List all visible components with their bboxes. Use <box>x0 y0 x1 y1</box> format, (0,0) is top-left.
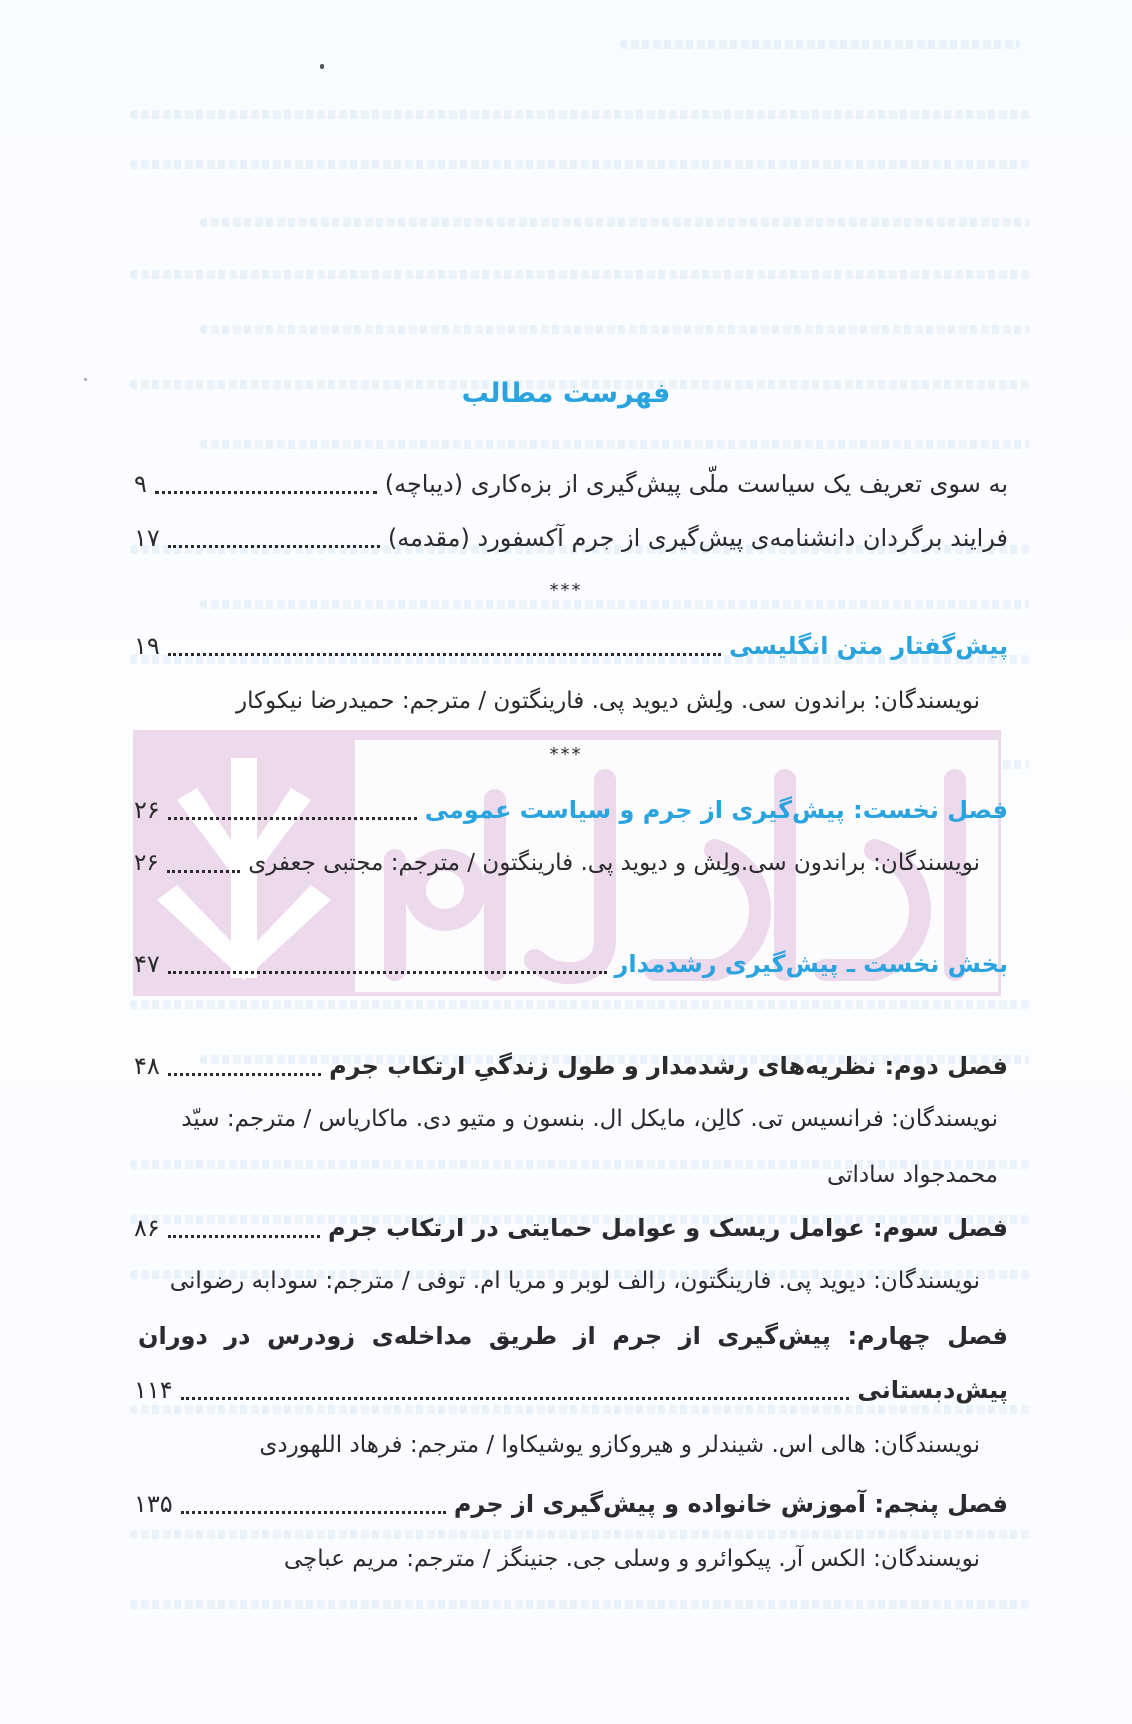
toc-entry-chapter-3[interactable]: فصل سوم: عوامل ریسک و عوامل حمایتی در ار… <box>134 1214 1008 1242</box>
page-number: ۸۶ <box>134 1214 160 1242</box>
entry-credit: نویسندگان: براندون سی. ولِش دیوید پی. فا… <box>236 688 980 714</box>
page-number: ۱۱۴ <box>134 1376 173 1404</box>
page-number: ۴۷ <box>134 950 160 978</box>
leader-dots <box>155 491 377 494</box>
leader-dots <box>168 1073 321 1076</box>
entry-label-wrap: فصل سوم: عوامل ریسک و عوامل حمایتی در ار… <box>328 1214 1008 1242</box>
entry-credit-continued: محمدجواد ساداتی <box>827 1162 998 1188</box>
entry-label: پیش‌گفتار متن انگلیسی <box>729 632 1008 660</box>
leader-dots <box>167 870 241 873</box>
chapter-prefix: فصل دوم: <box>884 1052 1008 1080</box>
toc-entry-chapter-2[interactable]: فصل دوم: نظریه‌های رشدمدار و طول زندگیِ … <box>134 1052 1008 1080</box>
chapter-prefix: فصل سوم: <box>873 1214 1008 1242</box>
credit-text: نویسندگان: براندون سی.ولِش و دیوید پی. ف… <box>248 850 980 876</box>
toc-entry-chapter-4-continued[interactable]: پیش‌دبستانی ۱۱۴ <box>134 1376 1008 1404</box>
page-number: ۴۸ <box>134 1052 160 1080</box>
entry-label-wrap: فصل نخست: پیش‌گیری از جرم و سیاست عمومی <box>425 796 1008 824</box>
leader-dots <box>168 653 721 656</box>
leader-dots <box>181 1397 850 1400</box>
section-separator: *** <box>0 744 1132 765</box>
toc-entry-chapter-4[interactable]: فصل چهارم: پیش‌گیری از جرم از طریق مداخل… <box>138 1322 1008 1350</box>
entry-label: پیش‌گیری از جرم از طریق مداخله‌ی زودرس د… <box>138 1322 831 1350</box>
chapter-prefix: فصل نخست: <box>853 796 1008 824</box>
entry-label-continued: پیش‌دبستانی <box>857 1376 1008 1404</box>
entry-label: آموزش خانواده و پیش‌گیری از جرم <box>454 1490 866 1518</box>
book-page: فهرست مطالب به سوی تعریف یک سیاست ملّی پ… <box>0 0 1132 1724</box>
entry-credit: نویسندگان: الکس آر. پیکوائرو و وسلی جی. … <box>284 1546 980 1572</box>
chapter-prefix: فصل چهارم: <box>847 1322 1008 1350</box>
toc-entry-english-foreword[interactable]: پیش‌گفتار متن انگلیسی ۱۹ <box>134 632 1008 660</box>
leader-dots <box>181 1511 446 1514</box>
toc-entry-part-1[interactable]: بخش نخست ـ پیش‌گیری رشدمدار ۴۷ <box>134 950 1008 978</box>
entry-label: عوامل ریسک و عوامل حمایتی در ارتکاب جرم <box>328 1214 865 1242</box>
leader-dots <box>168 971 607 974</box>
entry-label: پیش‌گیری از جرم و سیاست عمومی <box>425 796 845 824</box>
entry-label: فرایند برگردان دانشنامه‌ی پیش‌گیری از جر… <box>388 524 1008 552</box>
chapter-prefix: فصل پنجم: <box>874 1490 1008 1518</box>
entry-label-wrap: فصل پنجم: آموزش خانواده و پیش‌گیری از جر… <box>454 1490 1008 1518</box>
toc-entry-chapter-1[interactable]: فصل نخست: پیش‌گیری از جرم و سیاست عمومی … <box>134 796 1008 824</box>
credit-page-number: ۲۶ <box>134 850 159 876</box>
entry-credit: نویسندگان: براندون سی.ولِش و دیوید پی. ف… <box>134 850 980 876</box>
page-number: ۱۹ <box>134 632 160 660</box>
entry-credit: نویسندگان: فرانسیس تی. کالِن، مایکل ال. … <box>181 1106 998 1132</box>
leader-dots <box>168 545 380 548</box>
page-title: فهرست مطالب <box>0 378 1132 409</box>
entry-label: به سوی تعریف یک سیاست ملّی پیش‌گیری از ب… <box>385 470 1008 498</box>
entry-credit: نویسندگان: دیوید پی. فارینگتون، رالف لوب… <box>170 1268 980 1294</box>
entry-label: بخش نخست ـ پیش‌گیری رشدمدار <box>615 950 1008 978</box>
entry-credit: نویسندگان: هالی اس. شیندلر و هیروکازو یو… <box>259 1432 980 1458</box>
page-number: ۹ <box>134 470 147 498</box>
page-number: ۲۶ <box>134 796 160 824</box>
section-separator: *** <box>0 580 1132 601</box>
leader-dots <box>168 1235 320 1238</box>
toc-entry-introduction[interactable]: فرایند برگردان دانشنامه‌ی پیش‌گیری از جر… <box>134 524 1008 552</box>
toc-entry-chapter-5[interactable]: فصل پنجم: آموزش خانواده و پیش‌گیری از جر… <box>134 1490 1008 1518</box>
page-number: ۱۷ <box>134 524 160 552</box>
page-number: ۱۳۵ <box>134 1490 173 1518</box>
leader-dots <box>168 817 417 820</box>
toc-entry-preface[interactable]: به سوی تعریف یک سیاست ملّی پیش‌گیری از ب… <box>134 470 1008 498</box>
paper-speck <box>320 64 324 69</box>
entry-label: نظریه‌های رشدمدار و طول زندگیِ ارتکاب جر… <box>329 1052 876 1080</box>
entry-label-wrap: فصل دوم: نظریه‌های رشدمدار و طول زندگیِ … <box>329 1052 1008 1080</box>
